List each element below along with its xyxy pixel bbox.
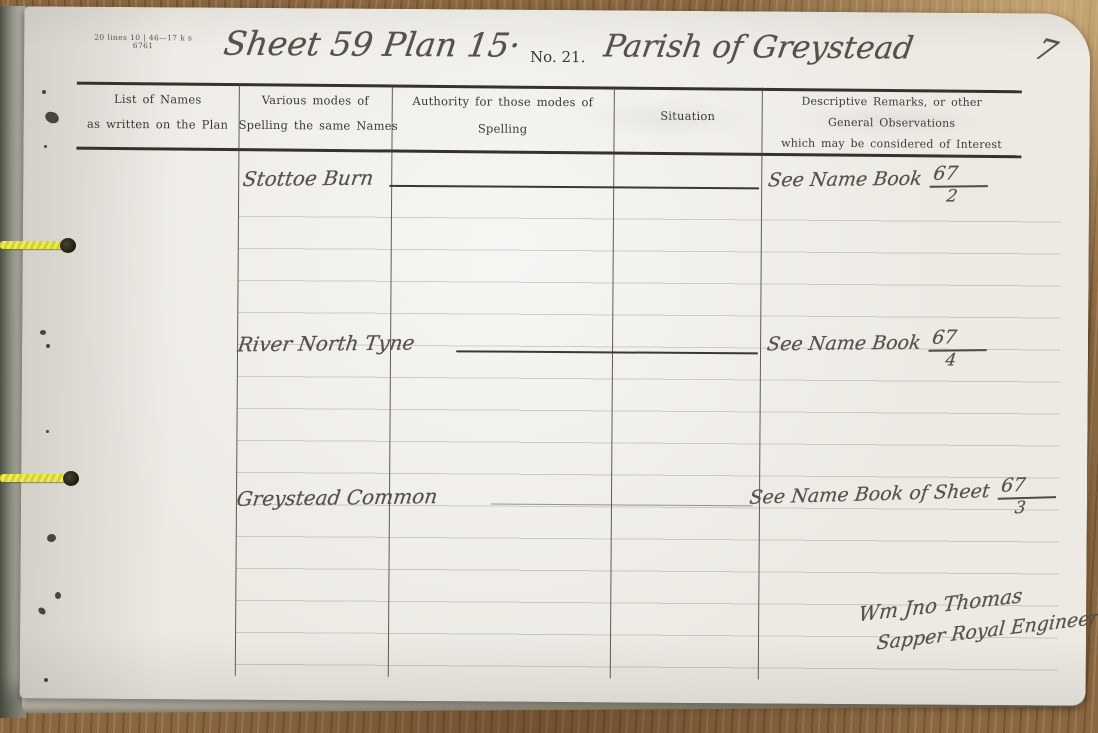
reference-denominator: 4 <box>944 350 987 370</box>
name-book-reference-fraction: 673 <box>996 473 1059 519</box>
ink-speck <box>44 678 48 682</box>
name-book-page: 20 lines 10 | 46—17 k s 6761 Sheet 59 Pl… <box>20 6 1091 705</box>
reference-numerator: 67 <box>998 473 1059 500</box>
name-book-reference-fraction: 674 <box>926 326 990 371</box>
reference-numerator: 67 <box>929 326 991 352</box>
punch-hole <box>60 238 76 253</box>
column-header-authority-line1: Authority for those modes of <box>392 94 614 110</box>
entry-remark-text: See Name Book <box>767 168 923 192</box>
ink-speck <box>44 145 47 148</box>
entry-remark: See Name Book672 <box>764 167 991 213</box>
bleed-through-smudge <box>794 104 994 139</box>
page-number: 7 <box>1029 32 1062 69</box>
reference-denominator: 2 <box>945 186 988 206</box>
sheet-plan-heading: Sheet 59 Plan 15· <box>221 24 523 65</box>
reference-denominator: 3 <box>1014 497 1057 518</box>
ink-speck <box>46 344 50 348</box>
entry-name: Stottoe Burn <box>242 166 376 191</box>
ink-speck <box>42 90 46 94</box>
ink-speck <box>46 430 49 433</box>
table-top-rule <box>77 82 1022 94</box>
entry-remark-text: See Name Book <box>766 332 922 356</box>
bleed-through-smudge <box>584 98 754 139</box>
form-number-label: No. 21. <box>530 48 585 66</box>
parish-heading: Parish of Greystead <box>602 28 916 66</box>
name-book-reference-fraction: 672 <box>927 162 991 207</box>
column-header-names-line1: List of Names <box>77 92 239 107</box>
reference-numerator: 67 <box>930 162 992 188</box>
column-header-authority-line2: Spelling <box>392 121 614 137</box>
photographed-survey-name-book-page: 20 lines 10 | 46—17 k s 6761 Sheet 59 Pl… <box>0 0 1098 733</box>
entry-remark: See Name Book674 <box>763 331 990 377</box>
entry-name: Greystead Common <box>235 484 439 511</box>
entry-remark: See Name Book of Sheet673 <box>746 478 1059 530</box>
column-header-spelling-line2: Spelling the same Names <box>239 118 392 133</box>
entry-name: River North Tyne <box>236 330 416 356</box>
column-header-names-line2: as written on the Plan <box>77 117 239 132</box>
ink-speck <box>40 330 46 335</box>
form-print-code: 20 lines 10 | 46—17 k s 6761 <box>94 34 192 51</box>
column-header-spelling-line1: Various modes of <box>239 93 392 108</box>
ink-speck <box>55 592 61 599</box>
punch-hole <box>63 471 79 486</box>
form-print-code-line2: 6761 <box>94 42 192 51</box>
